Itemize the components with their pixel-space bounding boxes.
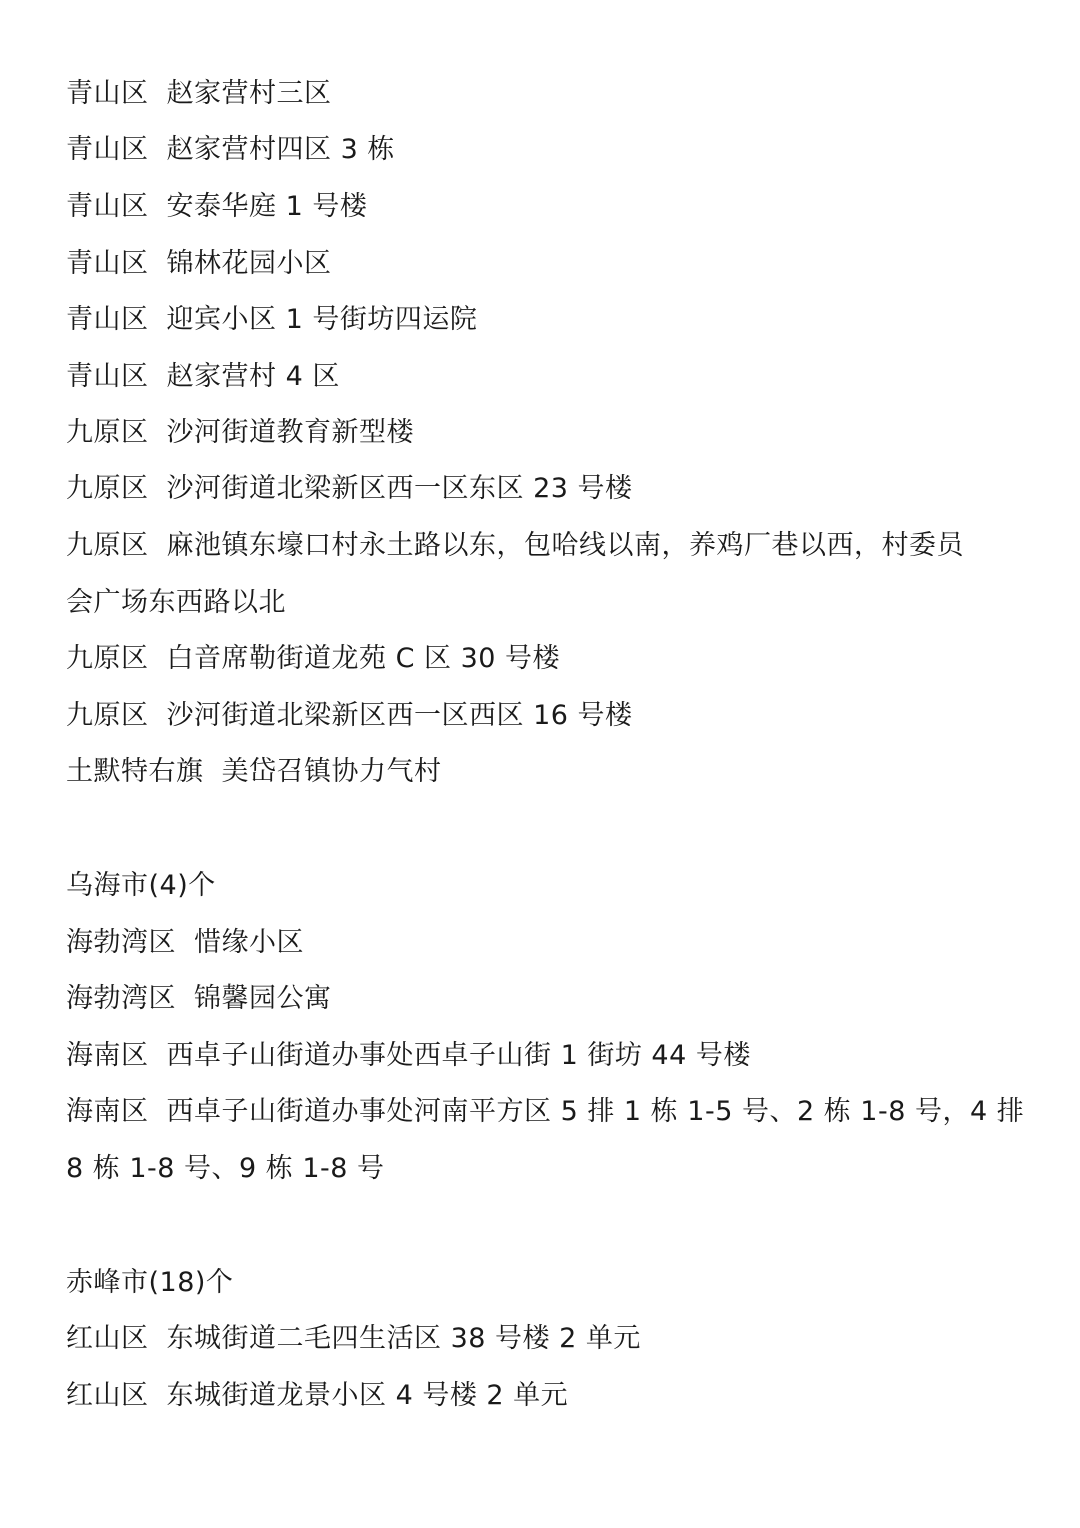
district-name: 青山区 bbox=[66, 134, 149, 165]
address-line: 九原区白音席勒街道龙苑 C 区 30 号楼 bbox=[66, 641, 560, 677]
address-text: 安泰华庭 1 号楼 bbox=[167, 191, 368, 222]
section-heading-wuhai: 乌海市(4)个 bbox=[66, 868, 216, 904]
address-line: 土默特右旗美岱召镇协力气村 bbox=[66, 754, 442, 790]
address-text: 东城街道二毛四生活区 38 号楼 2 单元 bbox=[167, 1323, 641, 1354]
district-name: 红山区 bbox=[66, 1380, 149, 1411]
address-text: 白音席勒街道龙苑 C 区 30 号楼 bbox=[167, 643, 561, 674]
address-text: 赵家营村三区 bbox=[167, 78, 332, 109]
address-line: 青山区安泰华庭 1 号楼 bbox=[66, 189, 367, 225]
address-text: 赵家营村四区 3 栋 bbox=[167, 134, 395, 165]
address-text: 会广场东西路以北 bbox=[66, 587, 286, 618]
address-line-continuation: 会广场东西路以北 bbox=[66, 585, 286, 621]
district-name: 青山区 bbox=[66, 248, 149, 279]
address-text: 赵家营村 4 区 bbox=[167, 361, 340, 392]
address-line: 青山区赵家营村 4 区 bbox=[66, 359, 340, 395]
address-line: 九原区麻池镇东壕口村永土路以东，包哈线以南，养鸡厂巷以西，村委员 bbox=[66, 528, 964, 564]
address-line: 海勃湾区惜缘小区 bbox=[66, 925, 304, 961]
address-line: 海勃湾区锦馨园公寓 bbox=[66, 981, 332, 1017]
address-text: 锦馨园公寓 bbox=[194, 983, 332, 1014]
address-text: 东城街道龙景小区 4 号楼 2 单元 bbox=[167, 1380, 569, 1411]
district-name: 九原区 bbox=[66, 473, 149, 504]
district-name: 青山区 bbox=[66, 361, 149, 392]
address-line: 九原区沙河街道教育新型楼 bbox=[66, 415, 414, 451]
address-text: 迎宾小区 1 号街坊四运院 bbox=[167, 304, 478, 335]
address-line: 青山区锦林花园小区 bbox=[66, 246, 332, 282]
address-text: 美岱召镇协力气村 bbox=[222, 756, 442, 787]
address-text: 沙河街道教育新型楼 bbox=[167, 417, 415, 448]
address-line: 九原区沙河街道北梁新区西一区东区 23 号楼 bbox=[66, 471, 633, 507]
address-line: 红山区东城街道龙景小区 4 号楼 2 单元 bbox=[66, 1378, 568, 1414]
address-text: 沙河街道北梁新区西一区西区 16 号楼 bbox=[167, 700, 633, 731]
address-line: 红山区东城街道二毛四生活区 38 号楼 2 单元 bbox=[66, 1321, 641, 1357]
address-text: 西卓子山街道办事处河南平方区 5 排 1 栋 1-5 号、2 栋 1-8 号，4… bbox=[167, 1096, 1025, 1127]
district-name: 九原区 bbox=[66, 530, 149, 561]
address-line: 九原区沙河街道北梁新区西一区西区 16 号楼 bbox=[66, 698, 633, 734]
district-name: 海勃湾区 bbox=[66, 983, 176, 1014]
district-name: 青山区 bbox=[66, 304, 149, 335]
district-name: 海南区 bbox=[66, 1096, 149, 1127]
address-text: 西卓子山街道办事处西卓子山街 1 街坊 44 号楼 bbox=[167, 1040, 751, 1071]
address-line: 青山区赵家营村三区 bbox=[66, 76, 332, 112]
address-line-continuation: 8 栋 1-8 号、9 栋 1-8 号 bbox=[66, 1151, 385, 1187]
district-name: 青山区 bbox=[66, 191, 149, 222]
district-name: 九原区 bbox=[66, 700, 149, 731]
district-name: 土默特右旗 bbox=[66, 756, 204, 787]
address-text: 8 栋 1-8 号、9 栋 1-8 号 bbox=[66, 1153, 385, 1184]
address-line: 海南区西卓子山街道办事处河南平方区 5 排 1 栋 1-5 号、2 栋 1-8 … bbox=[66, 1094, 1024, 1130]
address-text: 惜缘小区 bbox=[194, 927, 304, 958]
district-name: 红山区 bbox=[66, 1323, 149, 1354]
district-name: 九原区 bbox=[66, 643, 149, 674]
address-text: 麻池镇东壕口村永土路以东，包哈线以南，养鸡厂巷以西，村委员 bbox=[167, 530, 965, 561]
district-name: 九原区 bbox=[66, 417, 149, 448]
district-name: 海南区 bbox=[66, 1040, 149, 1071]
address-line: 海南区西卓子山街道办事处西卓子山街 1 街坊 44 号楼 bbox=[66, 1038, 751, 1074]
district-name: 青山区 bbox=[66, 78, 149, 109]
district-name: 海勃湾区 bbox=[66, 927, 176, 958]
address-line: 青山区赵家营村四区 3 栋 bbox=[66, 132, 395, 168]
address-text: 沙河街道北梁新区西一区东区 23 号楼 bbox=[167, 473, 633, 504]
address-line: 青山区迎宾小区 1 号街坊四运院 bbox=[66, 302, 477, 338]
section-heading-chifeng: 赤峰市(18)个 bbox=[66, 1265, 233, 1301]
address-text: 锦林花园小区 bbox=[167, 248, 332, 279]
